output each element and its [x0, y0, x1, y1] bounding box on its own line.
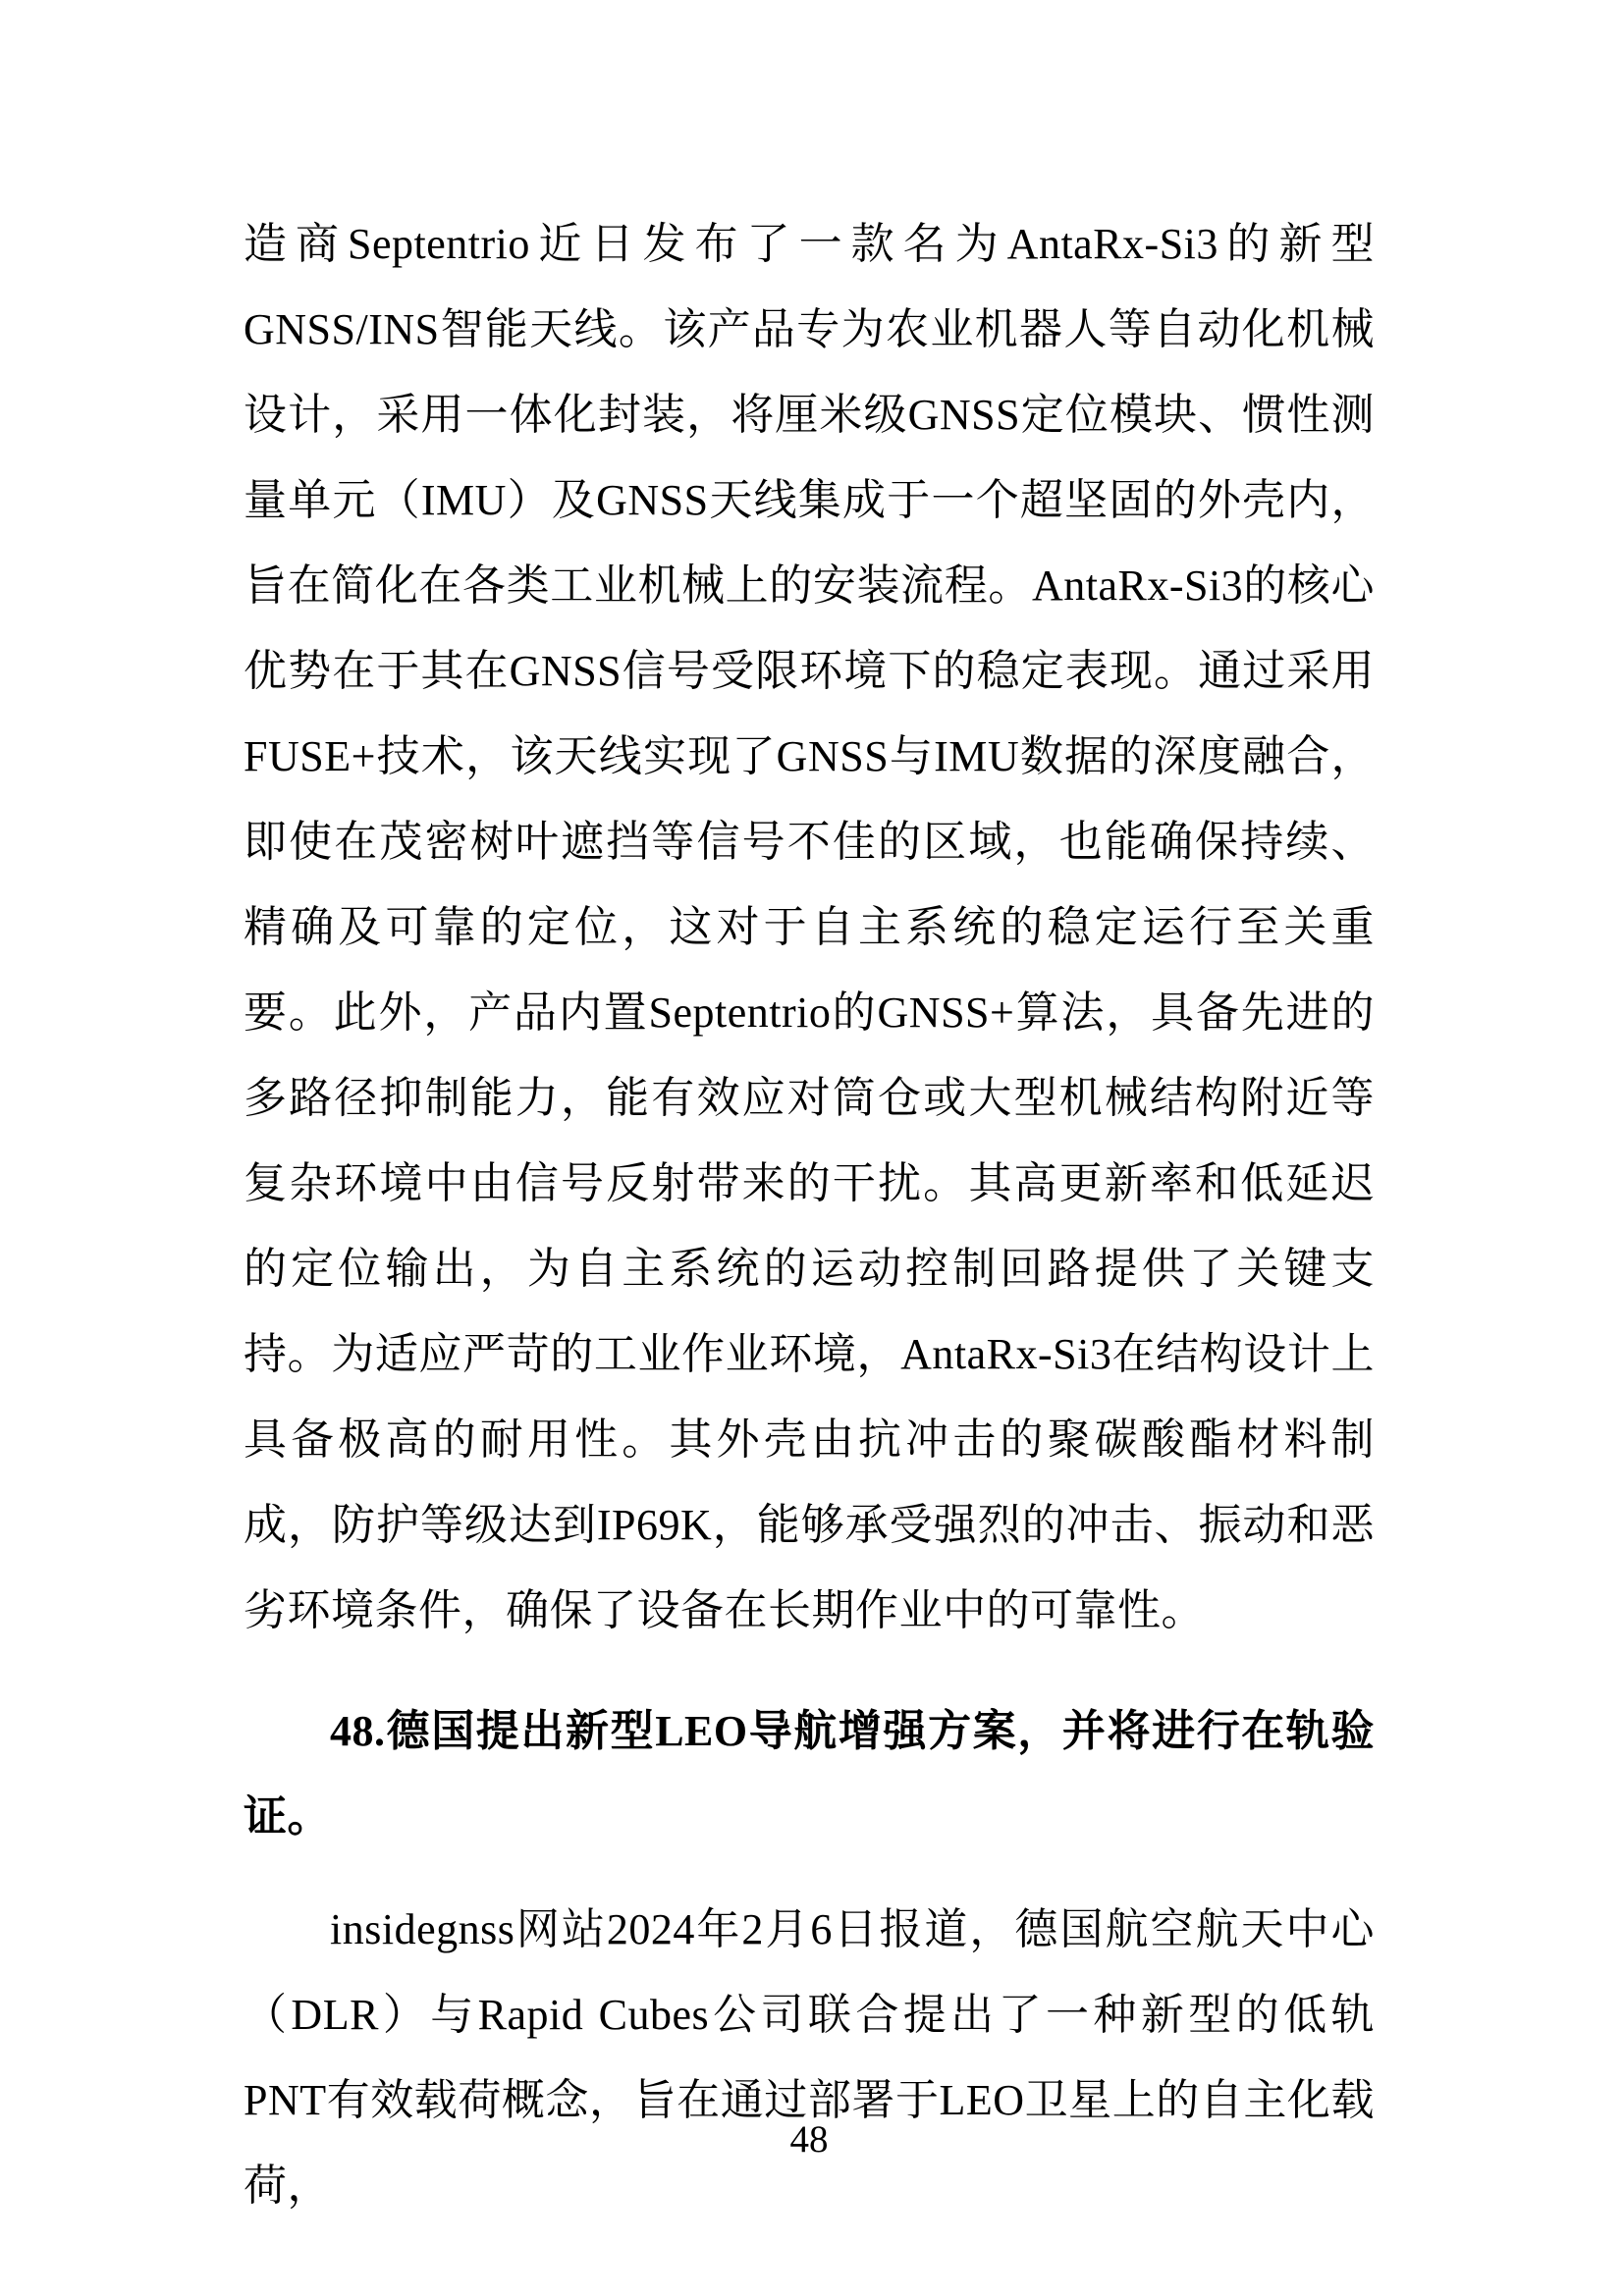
page-text-block: 造商Septentrio近日发布了一款名为AntaRx-Si3的新型GNSS/I… [244, 201, 1375, 2228]
document-page: 造商Septentrio近日发布了一款名为AntaRx-Si3的新型GNSS/I… [0, 0, 1624, 2296]
section-heading-item-48: 48.德国提出新型LEO导航增强方案，并将进行在轨验证。 [244, 1688, 1375, 1859]
paragraph-antarx-continuation: 造商Septentrio近日发布了一款名为AntaRx-Si3的新型GNSS/I… [244, 201, 1375, 1653]
page-number: 48 [244, 2118, 1375, 2162]
paragraph-leo-pnt: insidegnss网站2024年2月6日报道，德国航空航天中心（DLR）与Ra… [244, 1887, 1375, 2228]
